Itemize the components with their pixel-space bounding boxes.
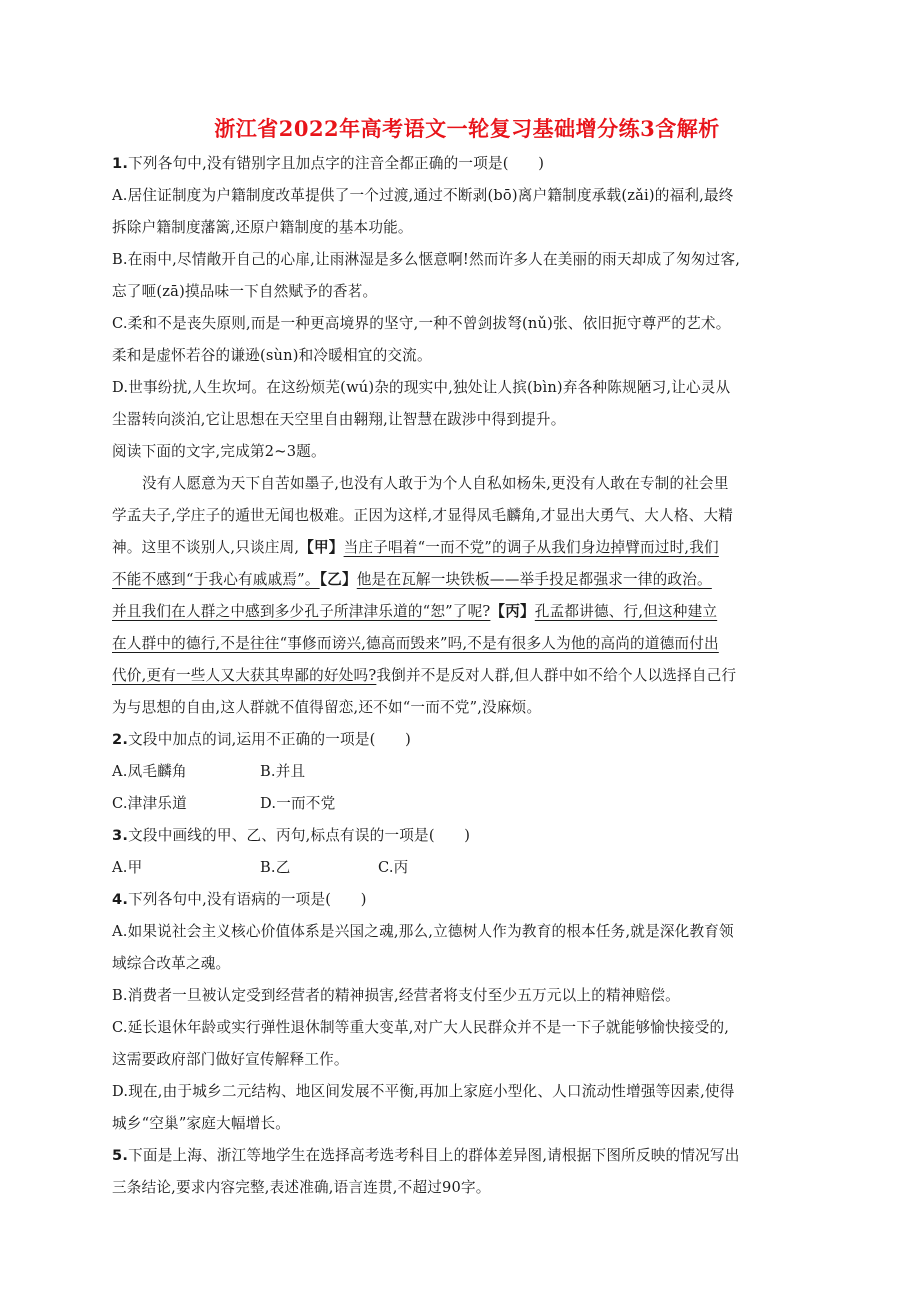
- question-2-stem: 2.文段中加点的词,运用不正确的一项是( ): [112, 724, 822, 756]
- q2-option-c: C.津津乐道: [112, 788, 260, 820]
- sentence-bing-cont: 在人群中的德行,不是往往“事修而谤兴,德高而毁来”吗,不是有很多人为他的高尚的道…: [112, 635, 719, 652]
- q4-option-b: B.消费者一旦被认定受到经营者的精神损害,经营者将支付至少五万元以上的精神赔偿。: [112, 980, 822, 1012]
- reading-intro: 阅读下面的文字,完成第2~3题。: [112, 436, 822, 468]
- q3-option-b: B.乙: [260, 852, 378, 884]
- marker-yi: 【乙】: [320, 571, 357, 588]
- passage-line-8: 为与思想的自由,这人群就不值得留恋,还不如“一而不党”,没麻烦。: [112, 692, 822, 724]
- marker-jia: 【甲】: [299, 539, 343, 556]
- q2-option-a: A.凤毛麟角: [112, 756, 260, 788]
- q3-option-c: C.丙: [378, 852, 408, 884]
- question-5-stem-line1: 5.下面是上海、浙江等地学生在选择高考选考科目上的群体差异图,请根据下图所反映的…: [112, 1140, 822, 1172]
- q1-option-d-line2: 尘嚣转向淡泊,它让思想在天空里自由翱翔,让智慧在跋涉中得到提升。: [112, 404, 822, 436]
- q2-option-b: B.并且: [260, 756, 305, 788]
- passage-line-2: 学孟夫子,学庄子的遁世无闻也极难。正因为这样,才显得凤毛麟角,才显出大勇气、大人…: [112, 500, 822, 532]
- q4-option-a-line1: A.如果说社会主义核心价值体系是兴国之魂,那么,立德树人作为教育的根本任务,就是…: [112, 916, 822, 948]
- q1-option-c-line2: 柔和是虚怀若谷的谦逊(sùn)和冷暖相宜的交流。: [112, 340, 822, 372]
- q1-option-b-line2: 忘了咂(zā)摸品味一下自然赋予的香茗。: [112, 276, 822, 308]
- passage-line-5: 并且我们在人群之中感到多少孔子所津津乐道的“恕”了呢?【丙】孔孟都讲德、行,但这…: [112, 596, 822, 628]
- q2-options-row-2: C.津津乐道D.一而不党: [112, 788, 822, 820]
- question-3-stem: 3.文段中画线的甲、乙、丙句,标点有误的一项是( ): [112, 820, 822, 852]
- q3-option-a: A.甲: [112, 852, 260, 884]
- document-page: 浙江省2022年高考语文一轮复习基础增分练3含解析 1.下列各句中,没有错别字且…: [112, 110, 822, 1204]
- question-5-stem-line2: 三条结论,要求内容完整,表述准确,语言连贯,不超过90字。: [112, 1172, 822, 1204]
- sentence-jia: 当庄子唱着“一而不党”的调子从我们身边掉臂而过时,我们: [344, 539, 719, 556]
- q1-option-a-line1: A.居住证制度为户籍制度改革提供了一个过渡,通过不断剥(bō)离户籍制度承载(z…: [112, 180, 822, 212]
- question-4-stem: 4.下列各句中,没有语病的一项是( ): [112, 884, 822, 916]
- q1-option-c-line1: C.柔和不是丧失原则,而是一种更高境界的坚守,一种不曾剑拔弩(nǔ)张、依旧扼守…: [112, 308, 822, 340]
- document-title: 浙江省2022年高考语文一轮复习基础增分练3含解析: [112, 110, 822, 148]
- q4-option-d-line1: D.现在,由于城乡二元结构、地区间发展不平衡,再加上家庭小型化、人口流动性增强等…: [112, 1076, 822, 1108]
- q3-options-row: A.甲B.乙C.丙: [112, 852, 822, 884]
- passage-line-4: 不能不感到“于我心有戚戚焉”。【乙】他是在瓦解一块铁板——举手投足都强求一律的政…: [112, 564, 822, 596]
- q2-option-d: D.一而不党: [260, 788, 335, 820]
- passage-line-1: 没有人愿意为天下自苦如墨子,也没有人敢于为个人自私如杨朱,更没有人敢在专制的社会…: [112, 468, 822, 500]
- q4-option-d-line2: 城乡“空巢”家庭大幅增长。: [112, 1108, 822, 1140]
- sentence-yi-cont: 并且我们在人群之中感到多少孔子所津津乐道的“恕”了呢?: [112, 603, 490, 620]
- sentence-jia-cont: 不能不感到“于我心有戚戚焉”。: [112, 571, 320, 588]
- sentence-bing-end: 代价,更有一些人又大获其卑鄙的好处吗?: [112, 667, 376, 684]
- question-1-stem: 1.下列各句中,没有错别字且加点字的注音全都正确的一项是( ): [112, 148, 822, 180]
- sentence-bing: 孔孟都讲德、行,但这种建立: [535, 603, 717, 620]
- q4-option-c-line2: 这需要政府部门做好宣传解释工作。: [112, 1044, 822, 1076]
- q1-option-b-line1: B.在雨中,尽情敞开自己的心扉,让雨淋湿是多么惬意啊!然而许多人在美丽的雨天却成…: [112, 244, 822, 276]
- q4-option-c-line1: C.延长退休年龄或实行弹性退休制等重大变革,对广大人民群众并不是一下子就能够愉快…: [112, 1012, 822, 1044]
- passage-line-6: 在人群中的德行,不是往往“事修而谤兴,德高而毁来”吗,不是有很多人为他的高尚的道…: [112, 628, 822, 660]
- passage-line-7: 代价,更有一些人又大获其卑鄙的好处吗?我倒并不是反对人群,但人群中如不给个人以选…: [112, 660, 822, 692]
- q1-option-a-line2: 拆除户籍制度藩篱,还原户籍制度的基本功能。: [112, 212, 822, 244]
- marker-bing: 【丙】: [490, 603, 534, 620]
- q4-option-a-line2: 域综合改革之魂。: [112, 948, 822, 980]
- passage-line-3: 神。这里不谈别人,只谈庄周,【甲】当庄子唱着“一而不党”的调子从我们身边掉臂而过…: [112, 532, 822, 564]
- q1-option-d-line1: D.世事纷扰,人生坎坷。在这纷烦芜(wú)杂的现实中,独处让人摈(bìn)弃各种…: [112, 372, 822, 404]
- q2-options-row-1: A.凤毛麟角B.并且: [112, 756, 822, 788]
- sentence-yi: 他是在瓦解一块铁板——举手投足都强求一律的政治。: [357, 571, 712, 588]
